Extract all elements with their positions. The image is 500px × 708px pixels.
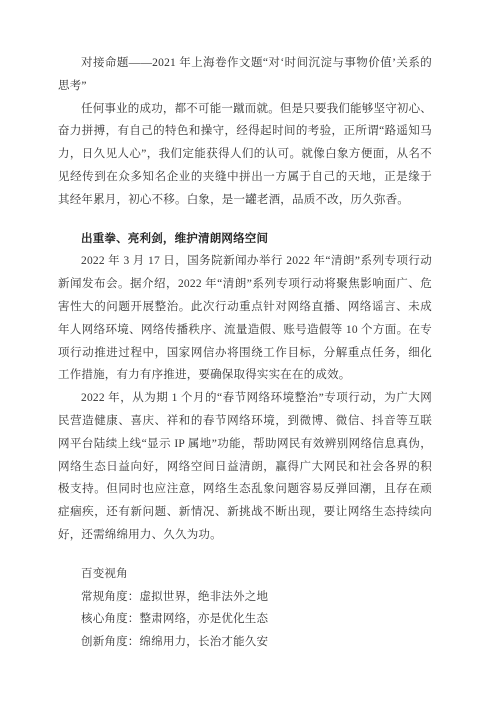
angle-item-innovative: 创新角度：绵绵用力，长治才能久安	[58, 631, 432, 654]
angles-section: 百变视角 常规角度：虚拟世界，绝非法外之地 核心角度：整肃网络，亦是优化生态 创…	[58, 563, 432, 654]
article-paragraph-1: 2022 年 3 月 17 日，国务院新闻办举行 2022 年“清朗”系列专项行…	[58, 250, 432, 387]
essay-body-paragraph: 任何事业的成功，都不可能一蹴而就。但是只要我们能够坚守初心、奋力拼搏，有自己的特…	[58, 98, 432, 212]
angles-title: 百变视角	[58, 563, 432, 586]
article-title: 出重拳、亮利剑，维护清朗网络空间	[58, 228, 432, 251]
document-content: 对接命题——2021 年上海卷作文题“对‘时间沉淀与事物价值’关系的思考” 任何…	[58, 52, 432, 654]
angle-item-regular: 常规角度：虚拟世界，绝非法外之地	[58, 586, 432, 609]
prompt-link-paragraph: 对接命题——2021 年上海卷作文题“对‘时间沉淀与事物价值’关系的思考”	[58, 52, 432, 98]
article-paragraph-2: 2022 年，从为期 1 个月的“春节网络环境整治”专项行动，为广大网民营造健康…	[58, 387, 432, 547]
angle-item-core: 核心角度：整肃网络，亦是优化生态	[58, 608, 432, 631]
document-page: 对接命题——2021 年上海卷作文题“对‘时间沉淀与事物价值’关系的思考” 任何…	[0, 0, 500, 708]
